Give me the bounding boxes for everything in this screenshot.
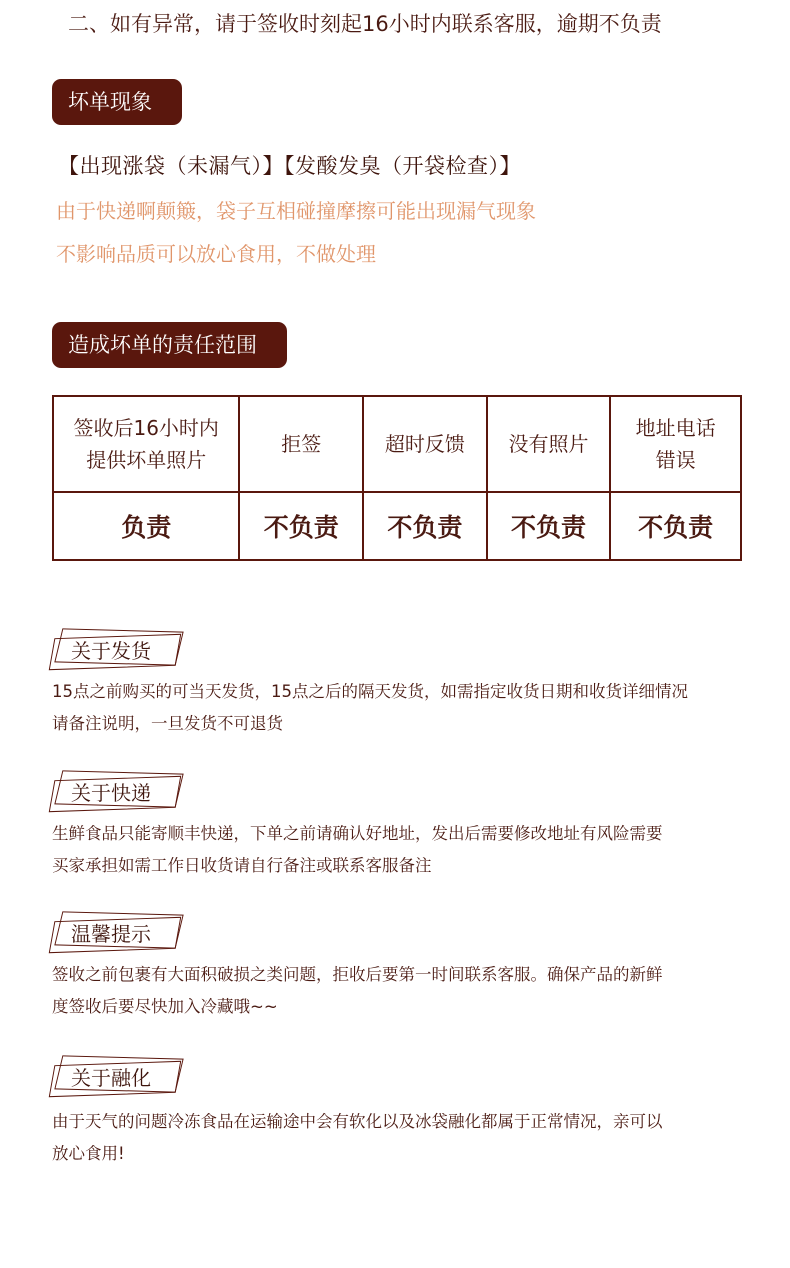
notice-text: 二、如有异常，请于签收时刻起16小时内联系客服，逾期不负责 <box>68 8 662 38</box>
table-value-cell: 负责 <box>53 492 239 560</box>
bad-order-pill: 坏单现象 <box>52 79 182 125</box>
section-body-line: 请备注说明，一旦发货不可退货 <box>52 708 283 740</box>
section-body-line: 15点之前购买的可当天发货，15点之后的隔天发货，如需指定收货日期和收货详细情况 <box>52 676 688 708</box>
section-body-line: 买家承担如需工作日收货请自行备注或联系客服备注 <box>52 850 432 882</box>
responsibility-pill: 造成坏单的责任范围 <box>52 322 287 368</box>
section-title-courier: 关于快递 <box>50 770 190 814</box>
header-line: 提供坏单照片 <box>54 444 238 476</box>
section-body-line: 由于天气的问题冷冻食品在运输途中会有软化以及冰袋融化都属于正常情况，亲可以 <box>52 1106 663 1138</box>
table-value-cell: 不负责 <box>363 492 487 560</box>
responsibility-table: 签收后16小时内提供坏单照片 拒签 超时反馈 没有照片 地址电话错误 负责 不负… <box>52 395 742 561</box>
section-body-line: 放心食用! <box>52 1138 125 1170</box>
table-header-cell: 拒签 <box>239 396 363 492</box>
section-title-text: 关于发货 <box>71 635 151 664</box>
header-line: 没有照片 <box>488 428 610 460</box>
section-title-text: 温馨提示 <box>71 918 151 947</box>
section-title-tips: 温馨提示 <box>50 911 190 955</box>
section-title-text: 关于融化 <box>71 1062 151 1091</box>
header-line: 错误 <box>611 444 740 476</box>
header-line: 地址电话 <box>611 412 740 444</box>
table-header-cell: 签收后16小时内提供坏单照片 <box>53 396 239 492</box>
bad-order-cases: 【出现涨袋（未漏气）】【发酸发臭（开袋检查）】 <box>58 150 521 180</box>
table-header-cell: 地址电话错误 <box>610 396 741 492</box>
section-title-text: 关于快递 <box>71 777 151 806</box>
table-header-cell: 超时反馈 <box>363 396 487 492</box>
bad-order-explain-1: 由于快递啊颠簸，袋子互相碰撞摩擦可能出现漏气现象 <box>56 195 536 224</box>
section-body-line: 签收之前包裹有大面积破损之类问题，拒收后要第一时间联系客服。确保产品的新鲜 <box>52 959 663 991</box>
table-header-cell: 没有照片 <box>487 396 611 492</box>
bad-order-explain-2: 不影响品质可以放心食用，不做处理 <box>56 238 376 267</box>
table-value-cell: 不负责 <box>610 492 741 560</box>
section-title-shipping: 关于发货 <box>50 628 190 672</box>
header-line: 拒签 <box>240 428 362 460</box>
table-value-cell: 不负责 <box>239 492 363 560</box>
header-line: 签收后16小时内 <box>54 412 238 444</box>
section-body-line: 生鲜食品只能寄顺丰快递，下单之前请确认好地址，发出后需要修改地址有风险需要 <box>52 818 663 850</box>
table-value-cell: 不负责 <box>487 492 611 560</box>
header-line: 超时反馈 <box>364 428 486 460</box>
section-body-line: 度签收后要尽快加入冷藏哦~~ <box>52 991 278 1023</box>
section-title-melting: 关于融化 <box>50 1055 190 1099</box>
table-value-row: 负责 不负责 不负责 不负责 不负责 <box>53 492 741 560</box>
table-header-row: 签收后16小时内提供坏单照片 拒签 超时反馈 没有照片 地址电话错误 <box>53 396 741 492</box>
